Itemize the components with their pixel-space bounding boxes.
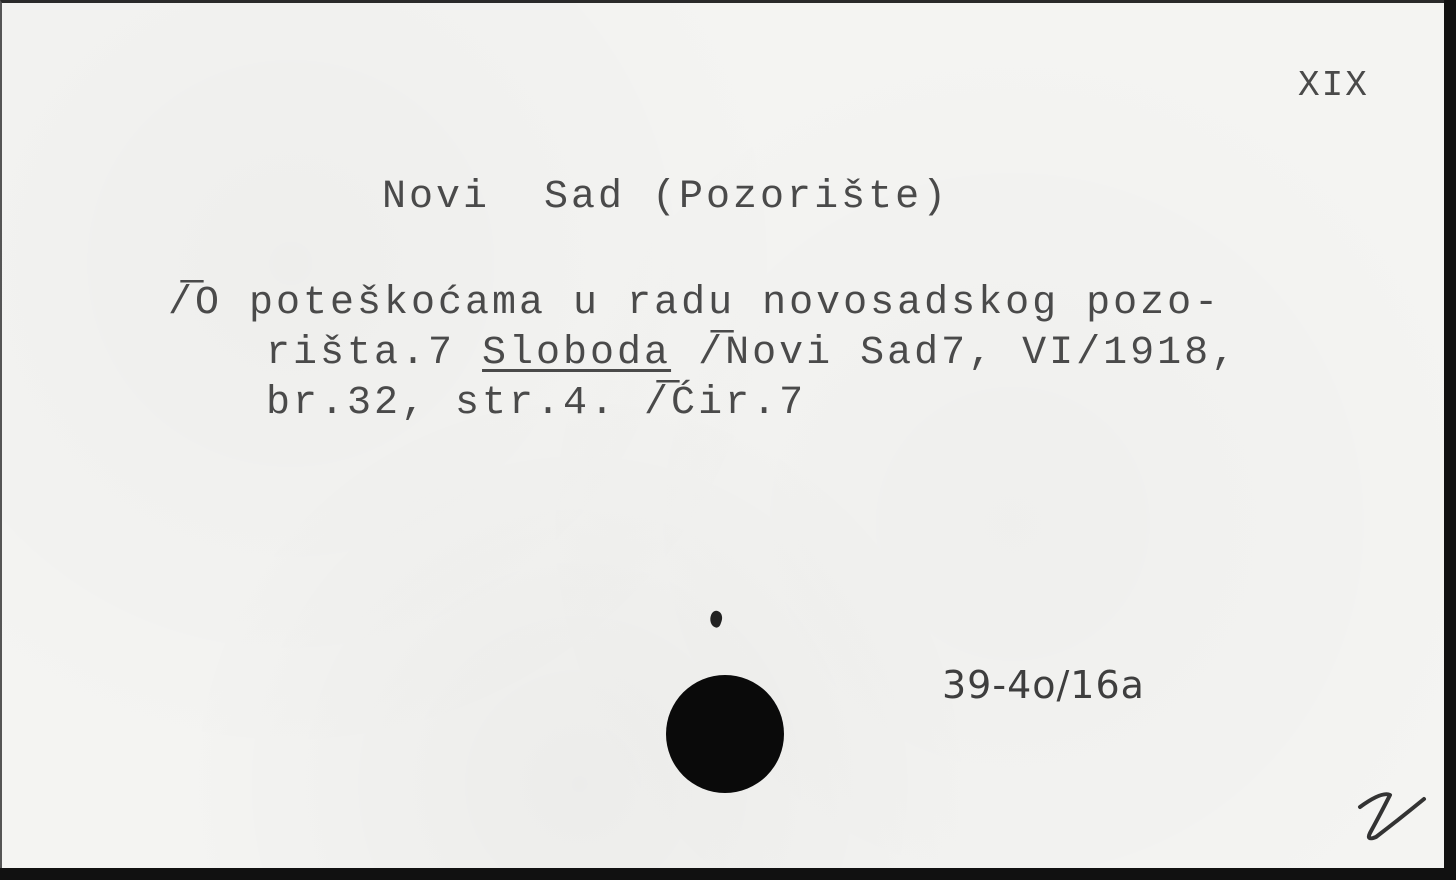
card-edge-right [1444,0,1456,880]
ink-speck [708,609,725,628]
call-number: 39-4o/16a [942,663,1145,707]
card-heading: Novi Sad (Pozorište) [382,175,949,220]
card-edge-bottom [0,868,1456,880]
entry-line-2: rišta.7 Sloboda /̅Novi Sad7, VI/1918, [266,331,1238,376]
entry-line-2-prefix: rišta.7 [266,331,482,376]
entry-line-1: /̅O poteškoćama u radu novosadskog pozo- [168,281,1221,326]
handwritten-mark-icon [1352,781,1432,851]
source-title: Sloboda [482,331,671,376]
punch-hole [666,675,784,793]
page-marker: XIX [1298,65,1369,106]
entry-line-2-suffix: /̅Novi Sad7, VI/1918, [671,331,1238,376]
catalog-index-card: XIX Novi Sad (Pozorište) /̅O poteškoćama… [0,0,1446,871]
entry-line-3: br.32, str.4. /̅Ćir.7 [266,381,806,426]
